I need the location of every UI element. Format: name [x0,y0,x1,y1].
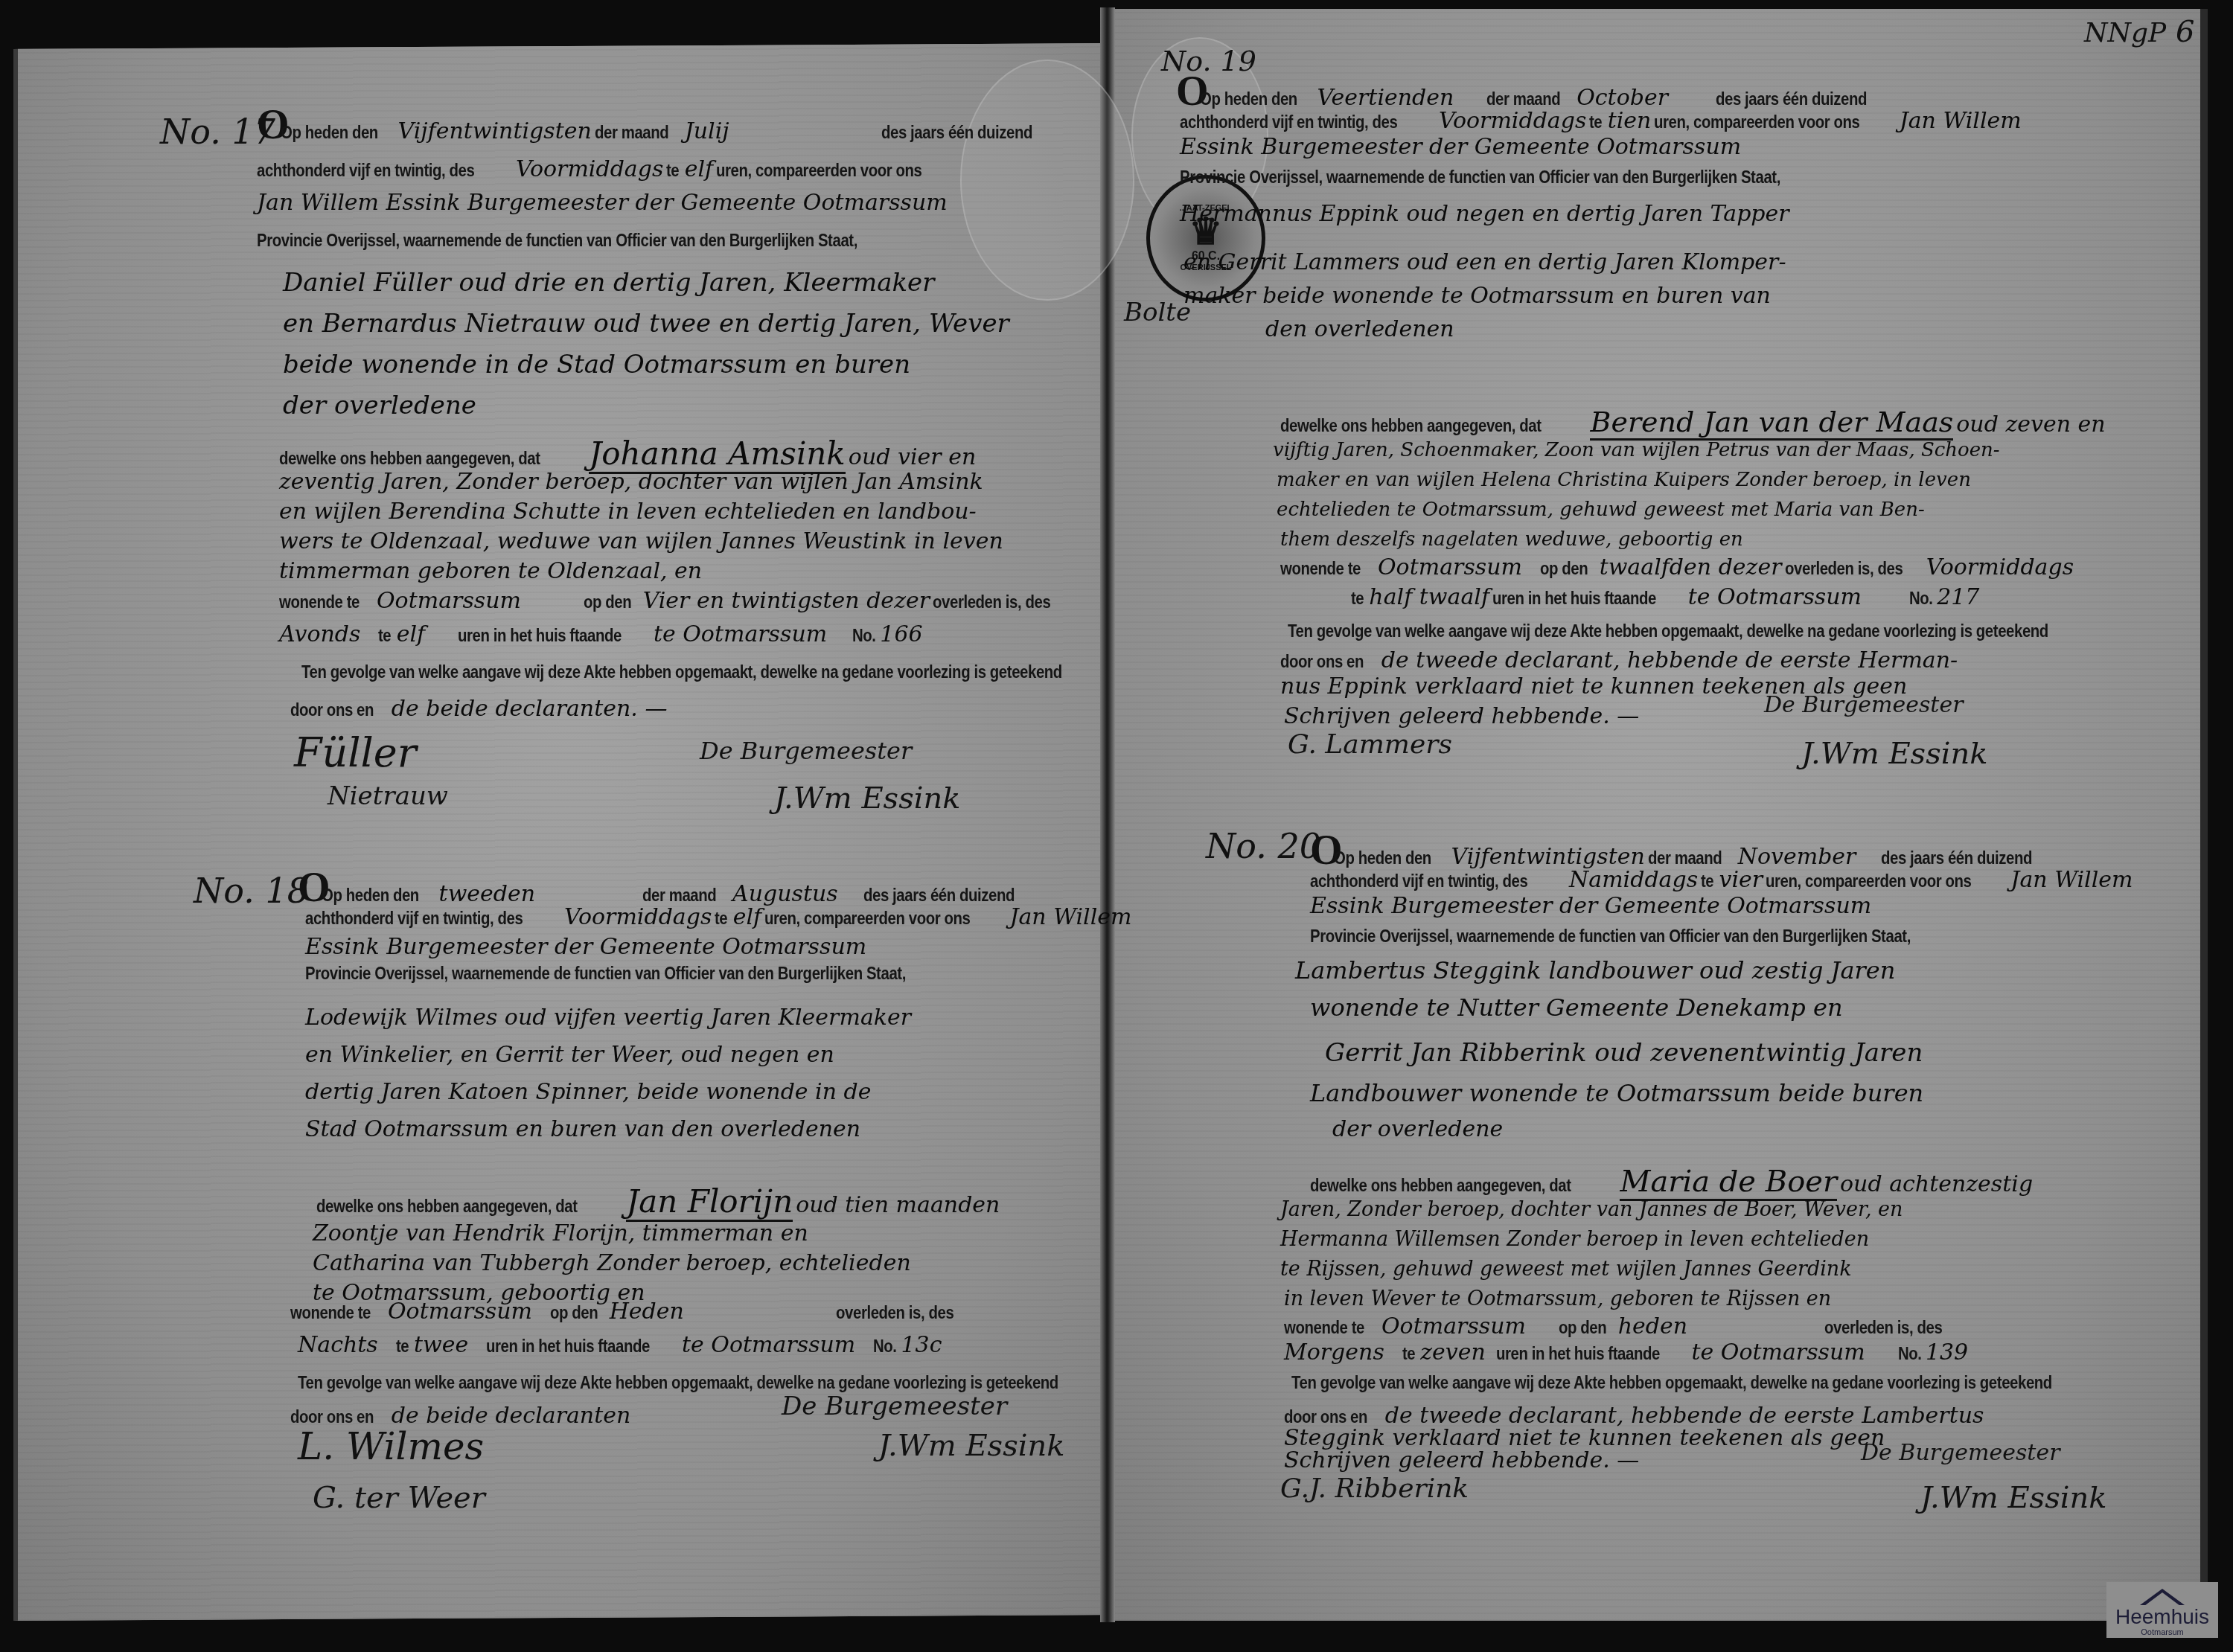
declarant-line: Hermannus Eppink oud negen en dertig Jar… [1180,201,1789,227]
declarant-line: beide wonende in de Stad Ootmarssum en b… [283,350,910,380]
heemhuis-logo: Heemhuis Ootmarsum [2106,1582,2218,1638]
official-line: Jan Willem Essink Burgemeester der Gemee… [257,190,948,216]
day: Vijfentwintigsten [1451,844,1645,870]
page-number: NNgP 6 [2084,15,2194,49]
part-of-day: Voormiddags [516,156,663,182]
mayor-signature: J.Wm Essink [1920,1481,2106,1515]
detail-line: wers te Oldenzaal, weduwe van wijlen Jan… [279,528,1003,554]
house-location: te Ootmarssum [654,621,827,647]
detail-line: te Rijssen, gehuwd geweest met wijlen Ja… [1280,1258,1852,1281]
death-hour: elf [397,621,425,647]
month: Augustus [732,881,838,907]
declarant-signature: Nietrauw [328,781,448,811]
declarant-signature: L. Wilmes [298,1425,484,1468]
month: November [1738,844,1856,870]
declarant-line: Lambertus Steggink landbouwer oud zestig… [1295,956,1895,985]
detail-line: maker en van wijlen Helena Christina Kui… [1277,469,1971,491]
mayor-title: De Burgemeester [700,737,912,765]
declarant-line: der overledene [1332,1116,1503,1142]
house-number: 166 [880,621,922,647]
declarant-line: Gerrit Jan Ribberink oud zevenentwintig … [1325,1038,1923,1068]
deceased-name: Berend Jan van der Maas [1590,406,1953,441]
page-mark: NNgP [2084,18,2166,48]
declarant-line: dertig Jaren Katoen Spinner, beide wonen… [305,1079,872,1105]
declarant-signature: G. Lammers [1288,729,1452,760]
declarant-line: en Winkelier, en Gerrit ter Weer, oud ne… [305,1042,834,1068]
mayor-title: De Burgemeester [1861,1440,2060,1466]
house-number: 139 [1926,1339,1968,1366]
deceased-name: Jan Florijn [626,1183,793,1222]
mayor-title: De Burgemeester [1764,692,1964,718]
house-roof-icon [2140,1589,2185,1605]
declarant-signature: Füller [294,729,417,776]
declarant-line: Lodewijk Wilmes oud vijfen veertig Jaren… [305,1005,911,1031]
detail-line: zeventig Jaren, Zonder beroep, dochter v… [279,469,983,495]
act-number: No. 20 [1206,826,1321,866]
detail-line: en wijlen Berendina Schutte in leven ech… [279,499,977,525]
official-line: Essink Burgemeester der Gemeente Ootmars… [305,934,866,960]
death-day: Vier en twintigsten dezer [643,588,930,614]
detail-line: timmerman geboren te Oldenzaal, en [279,558,702,584]
declarant-line: maker beide wonende te Ootmarssum en bur… [1183,283,1771,309]
day: Vijfentwintigsten [398,118,592,144]
residence: Ootmarssum [377,588,521,614]
detail-line: Zoontje van Hendrik Florijn, timmerman e… [313,1220,808,1246]
declarant-line: der overledene [283,391,476,420]
house-number: 217 [1937,584,1979,610]
declarant-signature: G.J. Ribberink [1280,1473,1469,1504]
declarant-line: den overledenen [1265,316,1454,342]
death-part: Avonds [279,621,360,647]
declarant-signature: G. ter Weer [313,1481,485,1515]
declarant-line: en Gerrit Lammers oud een en dertig Jare… [1183,249,1786,275]
declarant-line: Stad Ootmarssum en buren van den overled… [305,1116,860,1142]
margin-note: Bolte [1124,298,1191,327]
declarant-line: en Bernardus Nietrauw oud twee en dertig… [283,309,1009,339]
declarant-line: wonende te Nutter Gemeente Denekamp en [1310,993,1843,1022]
embossed-seal-left [960,60,1134,301]
month: October [1576,85,1668,111]
mayor-signature: J.Wm Essink [1801,737,1987,771]
mayor-title: De Burgemeester [782,1392,1007,1421]
declarant-line: Landbouwer wonende te Ootmarssum beide b… [1310,1079,1923,1107]
declarant-line: Daniel Füller oud drie en dertig Jaren, … [283,268,934,298]
official-line: Essink Burgemeester der Gemeente Ootmars… [1310,893,1871,919]
day: tweeden [439,881,536,907]
mayor-signature: J.Wm Essink [774,781,960,816]
detail-line: vijftig Jaren, Schoenmaker, Zoon van wij… [1273,439,2000,461]
opening-text: Op heden den [281,123,378,144]
detail-line: in leven Wever te Ootmarssum, geboren te… [1284,1287,1831,1310]
detail-line: Jaren, Zonder beroep, dochter van Jannes… [1280,1198,1903,1221]
detail-line: Catharina van Tubbergh Zonder beroep, ec… [313,1250,911,1276]
official-line: Essink Burgemeester der Gemeente Ootmars… [1180,134,1741,160]
house-number: 13c [901,1332,942,1358]
act-number: No. 18 [194,871,309,911]
month: Julij [685,118,729,144]
mayor-signature: J.Wm Essink [878,1429,1064,1463]
detail-line: echtelieden te Ootmarssum, gehuwd gewees… [1277,499,1925,521]
hour: elf [685,156,713,182]
day: Veertienden [1317,85,1454,111]
detail-line: them deszelfs nagelaten weduwe, geboorti… [1280,528,1743,551]
deceased-name: Maria de Boer [1620,1165,1837,1201]
detail-line: Hermanna Willemsen Zonder beroep in leve… [1280,1228,1869,1251]
